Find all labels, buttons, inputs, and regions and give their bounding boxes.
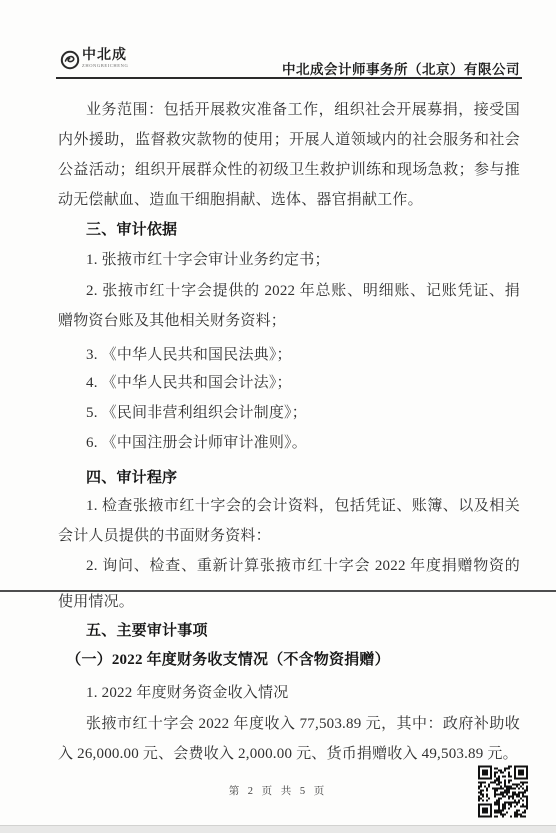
audit-basis-item-3: 3. 《中华人民共和国民法典》； (58, 340, 520, 370)
audit-basis-item-6: 6. 《中国注册会计师审计准则》。 (58, 428, 520, 458)
qr-code-icon (478, 765, 528, 818)
audit-procedure-item-1: 1. 检查张掖市红十字会的会计资料，包括凭证、账簿、以及相关会计人员提供的书面财… (58, 491, 520, 551)
firm-logo-name: 中北成 (82, 49, 128, 63)
subheading-financial-revenue-expenditure: （一）2022 年度财务收支情况（不含物资捐赠） (58, 645, 520, 675)
heading-audit-procedures: 四、审计程序 (58, 463, 520, 493)
header-divider (56, 77, 522, 79)
firm-logo: 中北成 ZHONGBEICHENG (60, 49, 128, 70)
audit-basis-item-2: 2. 张掖市红十字会提供的 2022 年总账、明细账、记账凭证、捐赠物资台账及其… (58, 276, 520, 336)
scan-edge-band (0, 825, 556, 833)
heading-audit-basis: 三、审计依据 (58, 215, 520, 245)
firm-logo-emblem-icon (60, 49, 80, 70)
paragraph-business-scope: 业务范围：包括开展救灾准备工作，组织社会开展募捐，接受国内外援助，监督救灾款物的… (58, 95, 520, 215)
audit-procedure-item-2: 2. 询问、检查、重新计算张掖市红十字会 2022 年度捐赠物资的使用情况。 (58, 548, 520, 620)
audit-basis-item-1: 1. 张掖市红十字会审计业务约定书； (58, 245, 520, 275)
audit-basis-item-5: 5. 《民间非营利组织会计制度》； (58, 398, 520, 428)
audit-basis-item-4: 4. 《中华人民共和国会计法》； (58, 368, 520, 398)
paragraph-revenue-details: 张掖市红十字会 2022 年度收入 77,503.89 元，其中：政府补助收入 … (58, 709, 520, 769)
page-number: 第 2 页 共 5 页 (0, 783, 556, 798)
firm-logo-subtext: ZHONGBEICHENG (82, 64, 128, 69)
page-fold-line (0, 590, 556, 592)
subheading-2022-fund-revenue: 1. 2022 年度财务资金收入情况 (58, 678, 520, 708)
heading-main-audit-matters: 五、主要审计事项 (58, 616, 520, 646)
scanned-document-page: 中北成 ZHONGBEICHENG 中北成会计师事务所（北京）有限公司 业务范围… (0, 0, 556, 833)
firm-full-name: 中北成会计师事务所（北京）有限公司 (282, 58, 520, 78)
